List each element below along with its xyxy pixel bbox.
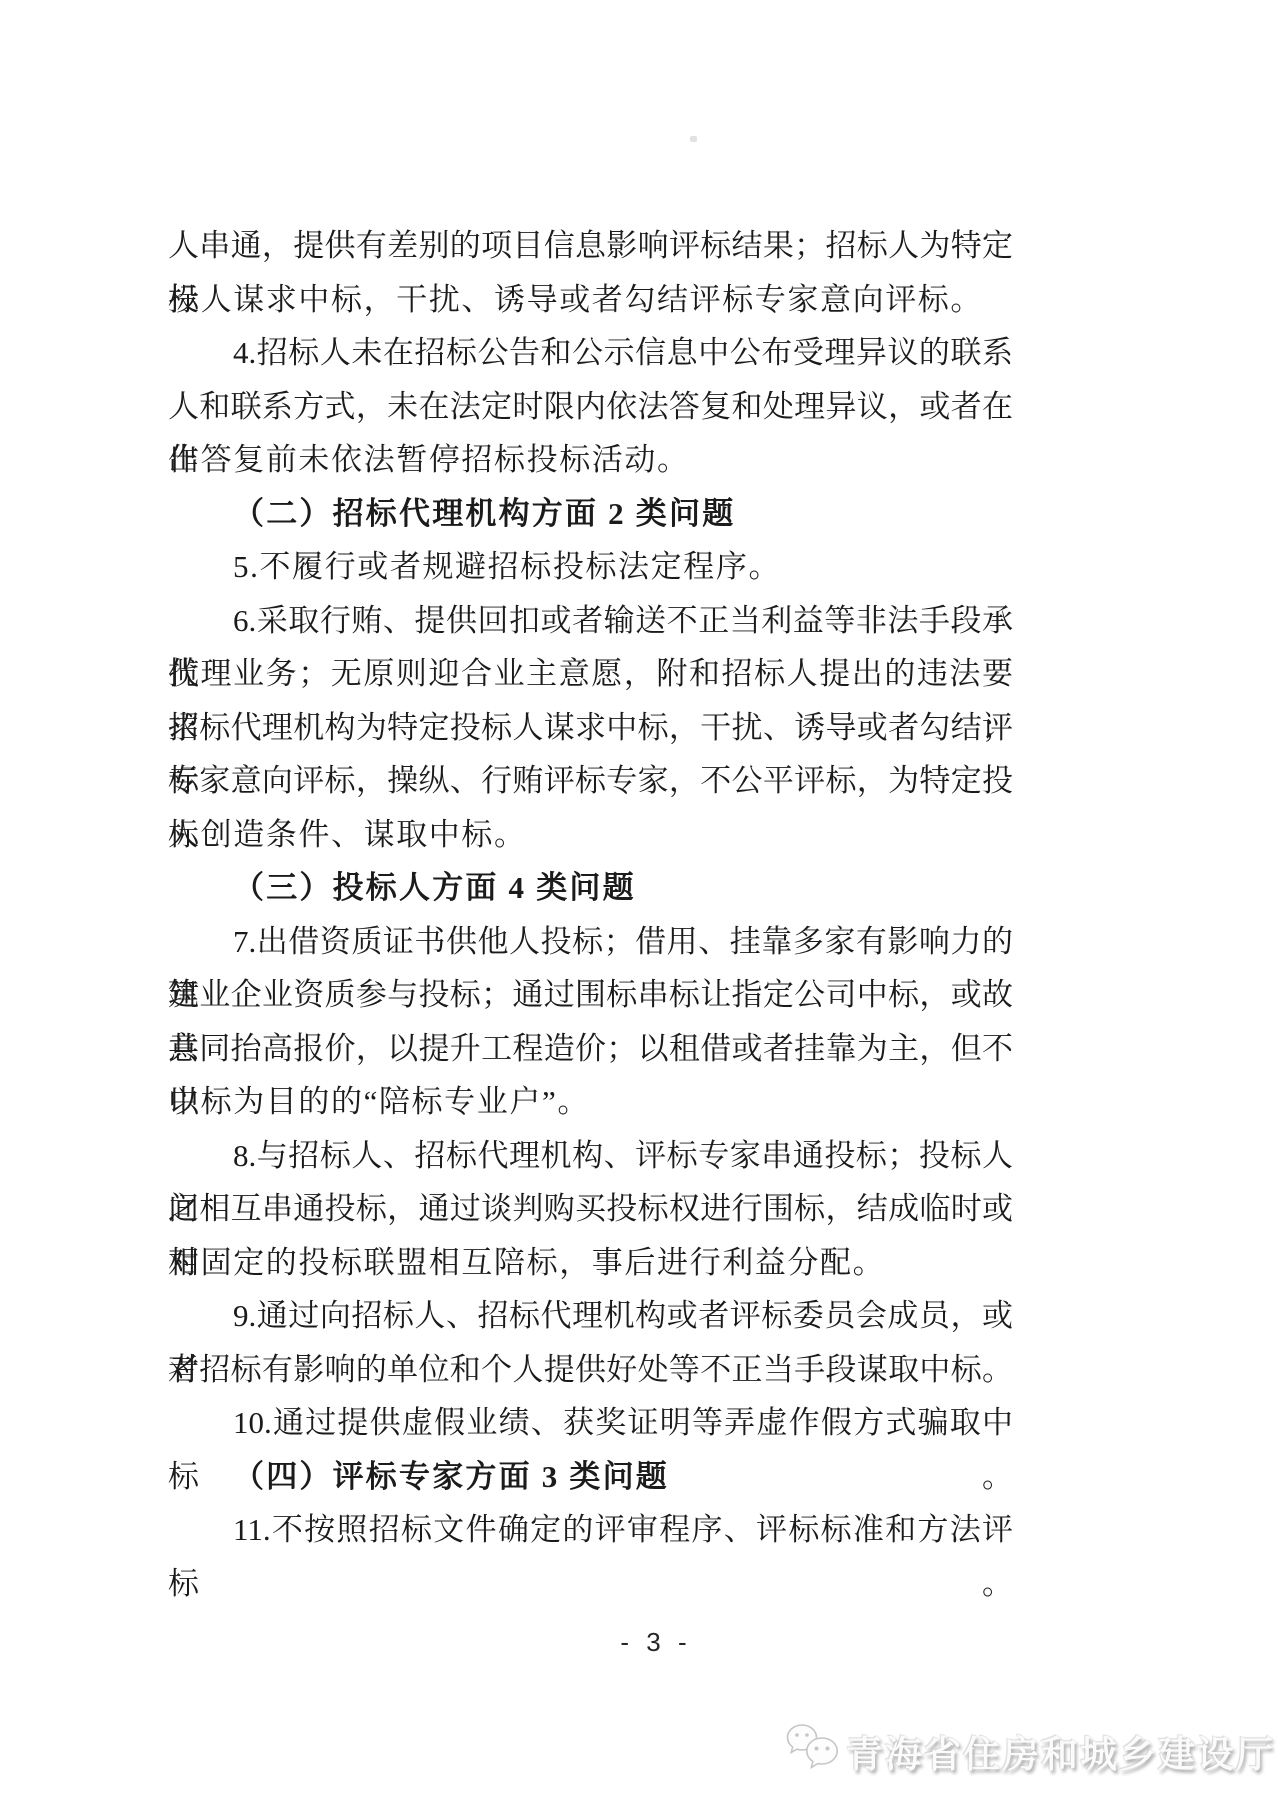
document-line: 招标代理机构为特定投标人谋求中标，干扰、诱导或者勾结评标 bbox=[168, 701, 1013, 755]
document-line: 11.不按照招标文件确定的评审程序、评标标准和方法评标。 bbox=[168, 1503, 1013, 1557]
watermark-text: 青海省住房和城乡建设厅 bbox=[846, 1724, 1275, 1778]
document-line: 对招标有影响的单位和个人提供好处等不正当手段谋取中标。 bbox=[168, 1343, 1013, 1397]
document-line: 9.通过向招标人、招标代理机构或者评标委员会成员，或者 bbox=[168, 1289, 1013, 1343]
document-line: 共同抬高报价，以提升工程造价；以租借或者挂靠为主，但不以 bbox=[168, 1022, 1013, 1076]
section-heading: （二）招标代理机构方面 2 类问题 bbox=[168, 487, 1013, 541]
document-line: 7.出借资质证书供他人投标；借用、挂靠多家有影响力的建 bbox=[168, 915, 1013, 969]
document-line: 6.采取行贿、提供回扣或者输送不正当利益等非法手段承揽 bbox=[168, 594, 1013, 648]
document-line: 筑业企业资质参与投标；通过围标串标让指定公司中标，或故意 bbox=[168, 968, 1013, 1022]
document-line: 出答复前未依法暂停招标投标活动。 bbox=[168, 433, 1013, 487]
wechat-icon bbox=[784, 1722, 842, 1779]
document-line: 10.通过提供虚假业绩、获奖证明等弄虚作假方式骗取中标。 bbox=[168, 1396, 1013, 1450]
document-line: 间相互串通投标，通过谈判购买投标权进行围标，结成临时或相 bbox=[168, 1182, 1013, 1236]
document-line: 人创造条件、谋取中标。 bbox=[168, 808, 1013, 862]
scan-speck bbox=[690, 136, 697, 142]
document-line: 对固定的投标联盟相互陪标，事后进行利益分配。 bbox=[168, 1236, 1013, 1290]
section-heading: （三）投标人方面 4 类问题 bbox=[168, 861, 1013, 915]
document-line: 4.招标人未在招标公告和公示信息中公布受理异议的联系 bbox=[168, 326, 1013, 380]
document-line: 专家意向评标，操纵、行贿评标专家，不公平评标，为特定投标 bbox=[168, 754, 1013, 808]
document-line: 8.与招标人、招标代理机构、评标专家串通投标；投标人之 bbox=[168, 1129, 1013, 1183]
document-line: 代理业务；无原则迎合业主意愿，附和招标人提出的违法要求； bbox=[168, 647, 1013, 701]
document-line: 人串通，提供有差别的项目信息影响评标结果；招标人为特定投 bbox=[168, 219, 1013, 273]
document-line: 5.不履行或者规避招标投标法定程序。 bbox=[168, 540, 1013, 594]
document-body: 人串通，提供有差别的项目信息影响评标结果；招标人为特定投标人谋求中标，干扰、诱导… bbox=[168, 219, 1013, 1557]
document-page: 人串通，提供有差别的项目信息影响评标结果；招标人为特定投标人谋求中标，干扰、诱导… bbox=[0, 0, 1280, 1810]
document-line: 标人谋求中标，干扰、诱导或者勾结评标专家意向评标。 bbox=[168, 273, 1013, 327]
document-line: 人和联系方式，未在法定时限内依法答复和处理异议，或者在作 bbox=[168, 380, 1013, 434]
watermark: 青海省住房和城乡建设厅 bbox=[784, 1722, 1275, 1779]
page-number: - 3 - bbox=[16, 1627, 1280, 1658]
document-line: 中标为目的的“陪标专业户”。 bbox=[168, 1075, 1013, 1129]
